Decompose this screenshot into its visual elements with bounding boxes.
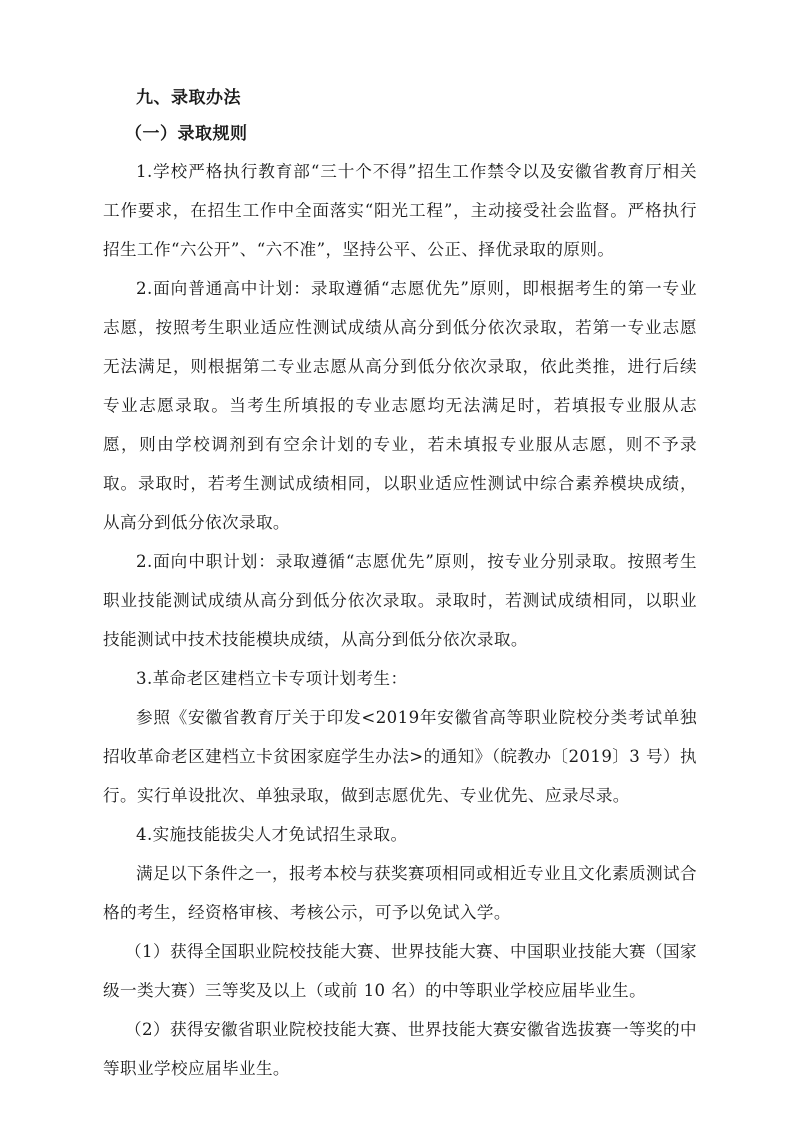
paragraph-rule-1: 1.学校严格执行教育部“三十个不得”招生工作禁令以及安徽省教育厅相关工作要求，在… [103,152,697,269]
section-title: 九、录取办法 [136,80,697,116]
paragraph-rule-2-secondary-vocational: 2.面向中职计划：录取遵循“志愿优先”原则，按专业分别录取。按照考生职业技能测试… [103,542,697,659]
paragraph-rule-2-high-school: 2.面向普通高中计划：录取遵循“志愿优先”原则，即根据考生的第一专业志愿，按照考… [103,269,697,542]
paragraph-rule-3-heading: 3.革命老区建档立卡专项计划考生： [103,659,697,698]
paragraph-rule-3-body: 参照《安徽省教育厅关于印发<2019年安徽省高等职业院校分类考试单独招收革命老区… [103,698,697,815]
paragraph-condition-2: （2）获得安徽省职业院校技能大赛、世界技能大赛安徽省选拔赛一等奖的中等职业学校应… [103,1010,697,1088]
subsection-title: （一）录取规则 [125,116,697,152]
paragraph-condition-1: （1）获得全国职业院校技能大赛、世界技能大赛、中国职业技能大赛（国家级一类大赛）… [103,932,697,1010]
paragraph-rule-4-heading: 4.实施技能拔尖人才免试招生录取。 [103,815,697,854]
paragraph-rule-4-body: 满足以下条件之一，报考本校与获奖赛项相同或相近专业且文化素质测试合格的考生，经资… [103,854,697,932]
document-page: 九、录取办法 （一）录取规则 1.学校严格执行教育部“三十个不得”招生工作禁令以… [103,80,697,1088]
